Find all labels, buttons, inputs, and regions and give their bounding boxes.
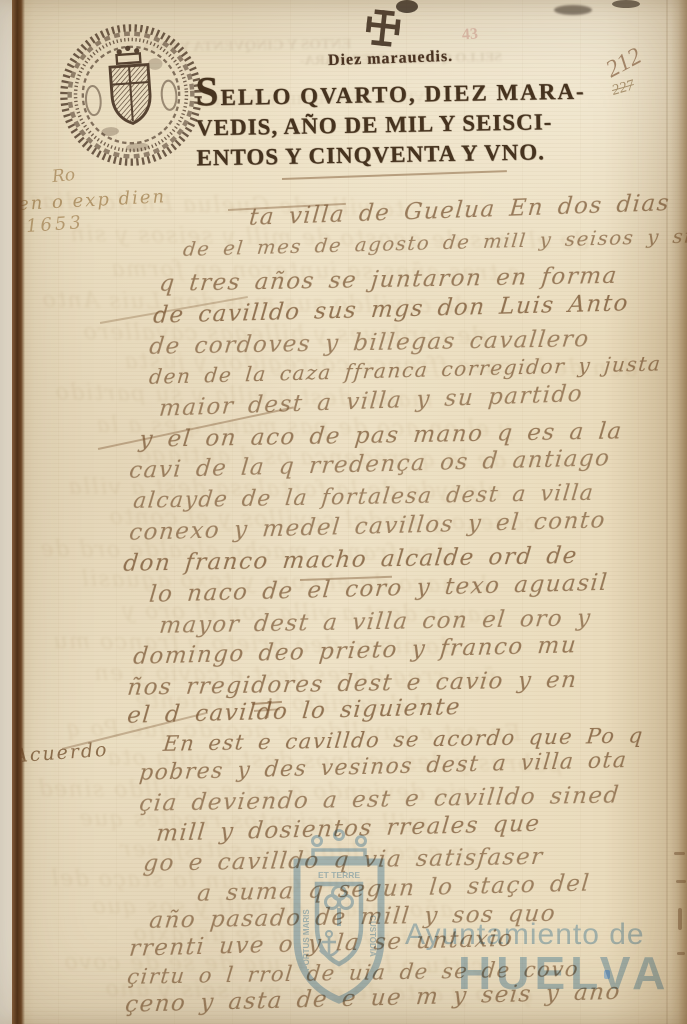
manuscript-page: ta villa de Guelua En dos diasde el mes … (0, 0, 687, 1024)
margin-note-top: 1653 (25, 212, 84, 237)
seal-text-block: SELLO QVARTO, DIEZ MARA- VEDIS, AÑO DE M… (195, 77, 587, 174)
manuscript-line: go e cavilldo q via satisfaser (142, 844, 545, 877)
manuscript-line: conexo y medel cavillos y el conto (128, 507, 607, 546)
manuscript-line: lo naco de el coro y texo aguasil (148, 570, 610, 608)
ink-smudge (396, 0, 418, 13)
scan-backing-edge (0, 0, 12, 1024)
ink-smudge (612, 0, 640, 8)
manuscript-line: ta villa de Guelua En dos dias (248, 190, 671, 231)
page-right-edge (671, 0, 687, 1024)
ink-smudge (554, 5, 592, 15)
manuscript-line: mill y dosientos rreales que (155, 811, 542, 847)
royal-coat-of-arms-stamp (51, 17, 211, 173)
manuscript-line: de cavilldo sus mgs don Luis Anto (152, 290, 630, 329)
ink-speck (604, 970, 610, 979)
corner-mark: 43 (461, 25, 478, 44)
manuscript-line: çia deviendo a est e cavilldo sined (138, 783, 621, 817)
manuscript-line: ños rregidores dest e cavio y en (126, 667, 579, 701)
manuscript-line: maior dest a villa y su partido (158, 381, 584, 422)
book-binding-edge (12, 0, 25, 1024)
